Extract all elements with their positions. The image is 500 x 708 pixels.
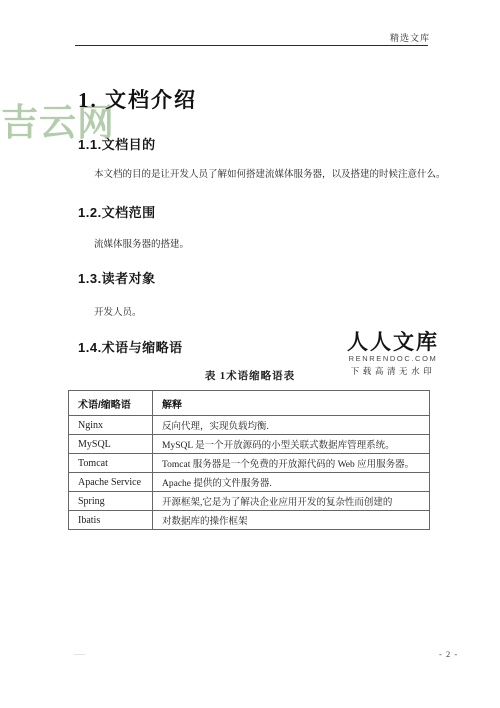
header-label: 精选文库 [390,31,430,44]
document-page: 精选文库 吉云网 人人文库 RENRENDOC.COM 下载高清无水印 1. 文… [0,0,500,708]
terms-table: 术语/缩略语 解释 Nginx 反向代理，实现负载均衡. MySQL MySQL… [68,390,430,530]
table-cell-term: Nginx [69,416,153,435]
table-cell-term: Spring [69,492,153,511]
watermark-renrendoc-domain: RENRENDOC.COM [344,354,442,363]
table-header-term: 术语/缩略语 [69,391,153,416]
footer-dash: — [74,648,85,660]
table-row: Spring 开源框架,它是为了解决企业应用开发的复杂性而创建的 [69,492,430,511]
page-title: 1. 文档介绍 [78,84,197,114]
section-body-audience: 开发人员。 [76,304,142,318]
table-cell-explanation: 开源框架,它是为了解决企业应用开发的复杂性而创建的 [153,492,430,511]
table-header-row: 术语/缩略语 解释 [69,391,430,416]
table-caption: 表 1术语缩略语表 [0,368,500,383]
table-row: Tomcat Tomcat 服务器是一个免费的开放源代码的 Web 应用服务器。 [69,454,430,473]
table-cell-explanation: MySQL 是一个开放源码的小型关联式数据库管理系统。 [153,435,430,454]
table-cell-explanation: 反向代理，实现负载均衡. [153,416,430,435]
header-rule [75,45,428,46]
table-cell-explanation: Apache 提供的文件服务器. [153,473,430,492]
table-cell-term: MySQL [69,435,153,454]
section-heading-audience: 1.3.读者对象 [78,268,156,287]
section-heading-terms: 1.4.术语与缩略语 [78,337,183,356]
table-row: Apache Service Apache 提供的文件服务器. [69,473,430,492]
section-heading-doc-scope: 1.2.文档范围 [78,202,156,221]
table-cell-term: Ibatis [69,511,153,530]
table-row: Nginx 反向代理，实现负载均衡. [69,416,430,435]
table-row: MySQL MySQL 是一个开放源码的小型关联式数据库管理系统。 [69,435,430,454]
section-body-doc-scope: 流媒体服务器的搭建。 [76,236,189,250]
watermark-renrendoc-title: 人人文库 [344,331,442,353]
table-cell-explanation: Tomcat 服务器是一个免费的开放源代码的 Web 应用服务器。 [153,454,430,473]
section-heading-doc-purpose: 1.1.文档目的 [78,134,156,153]
page-number: - 2 - [439,649,458,659]
table-cell-term: Apache Service [69,473,153,492]
table-row: Ibatis 对数据库的操作框架 [69,511,430,530]
table-cell-term: Tomcat [69,454,153,473]
section-body-doc-purpose: 本文档的目的是让开发人员了解如何搭建流媒体服务器，以及搭建的时候注意什么。 [76,166,446,180]
table-header-explanation: 解释 [153,391,430,416]
table-cell-explanation: 对数据库的操作框架 [153,511,430,530]
